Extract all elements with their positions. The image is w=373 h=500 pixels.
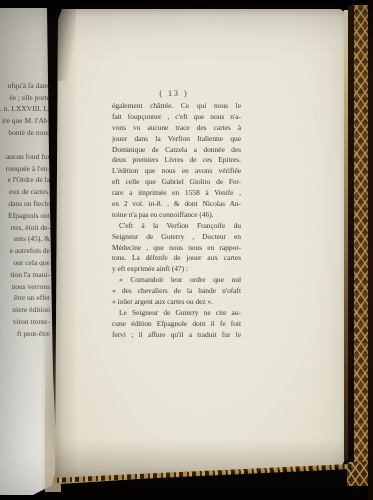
- text-line: également châtrée. Ce qui nous le: [112, 101, 241, 112]
- text-line: « des chevaliers de la bande n'ofaft: [112, 286, 241, 297]
- left-page-line: . n. LXXVIII. Le: [0, 103, 50, 115]
- left-page-line: bonté de nous: [0, 127, 50, 139]
- text-line: fervi ; il affure qu'il a traduit fur le: [112, 330, 241, 341]
- text-line: cune édition Efpagnole dont il fe foit: [112, 319, 241, 330]
- text-line: Médecine , que nous nous en rappor-: [112, 243, 241, 254]
- left-page-line: aucun fond fur: [0, 151, 50, 163]
- left-page-line: ft peut-être: [0, 328, 50, 340]
- left-page-line: ire que M. l'Ab-: [0, 115, 50, 127]
- left-page-line: ents (45), &: [0, 233, 50, 245]
- left-page-line: Efpagnols ont: [0, 210, 50, 222]
- left-page-line: ufqu'à fa date,: [0, 80, 50, 92]
- left-page-text-fragments: ) ufqu'à fa date, ée ; elle porte . n. L…: [0, 68, 50, 340]
- left-page-line: niere édition: [0, 304, 50, 316]
- text-line: rare a imprimée en 1558 à Venife ,: [112, 188, 241, 199]
- left-page-line: e autrefois de: [0, 245, 50, 257]
- text-line: Le Seigneur de Guterry ne cite au-: [112, 308, 241, 319]
- text-line: « Comandoit leur ordre que nul: [112, 275, 241, 286]
- page-number: ( 13 ): [112, 89, 236, 98]
- left-page-line: être un effet: [0, 292, 50, 304]
- left-page-line: our cela que: [0, 257, 50, 269]
- text-line: C'eft à la Verfion Françoife du: [112, 221, 241, 232]
- left-page-line: ée ; elle porte: [0, 92, 50, 104]
- left-page-line: eux de cartes.: [0, 186, 50, 198]
- left-page-line: viron trente-: [0, 316, 50, 328]
- text-line: L'édition que nous en avons vérifiée: [112, 166, 241, 177]
- text-line: vons vu aucune trace des cartes à: [112, 123, 241, 134]
- left-page-line: nous verrons: [0, 281, 50, 293]
- text-line: y eft exprimée ainfi (47) :: [112, 264, 241, 275]
- left-page-line: ronquée à l'en-: [0, 163, 50, 175]
- text-line: jouer dans la Verfion Italienne que: [112, 134, 241, 145]
- text-line: deux premiers Livres de ces Epitres.: [112, 155, 241, 166]
- left-page-line: ): [0, 68, 50, 80]
- left-page-line: rtes, étoit de-: [0, 222, 50, 234]
- text-line: fait foupçonner , c'eft que nous n'a-: [112, 112, 241, 123]
- text-line: eft celle que Gabriel Giolito de Fer-: [112, 177, 241, 188]
- leather-cover-edge: [368, 0, 373, 500]
- text-line: en 2 vol. in-8. , & dont Nicolas An-: [112, 199, 241, 210]
- left-page-line: e l'Ordre de la: [0, 174, 50, 186]
- text-line: tons. La défenfe de jouer aux cartes: [112, 253, 241, 264]
- page-text-block: également châtrée. Ce qui nous le fait f…: [112, 101, 241, 341]
- text-line: toine n'a pas eu connoiffance (46).: [112, 210, 241, 221]
- left-page-line: tion l'a mani-: [0, 269, 50, 281]
- left-page-line: dans un fiecle: [0, 198, 50, 210]
- text-line: Seigneur de Guterry , Docteur en: [112, 232, 241, 243]
- gutter-top-shadow: [58, 9, 76, 81]
- text-line: « ioüer argent aux cartes ou dez ».: [112, 297, 241, 308]
- text-line: Dominique de Catzela a donnée des: [112, 145, 241, 156]
- gold-tooling-border: [354, 5, 369, 473]
- book-photo: ) ufqu'à fa date, ée ; elle porte . n. L…: [0, 0, 373, 500]
